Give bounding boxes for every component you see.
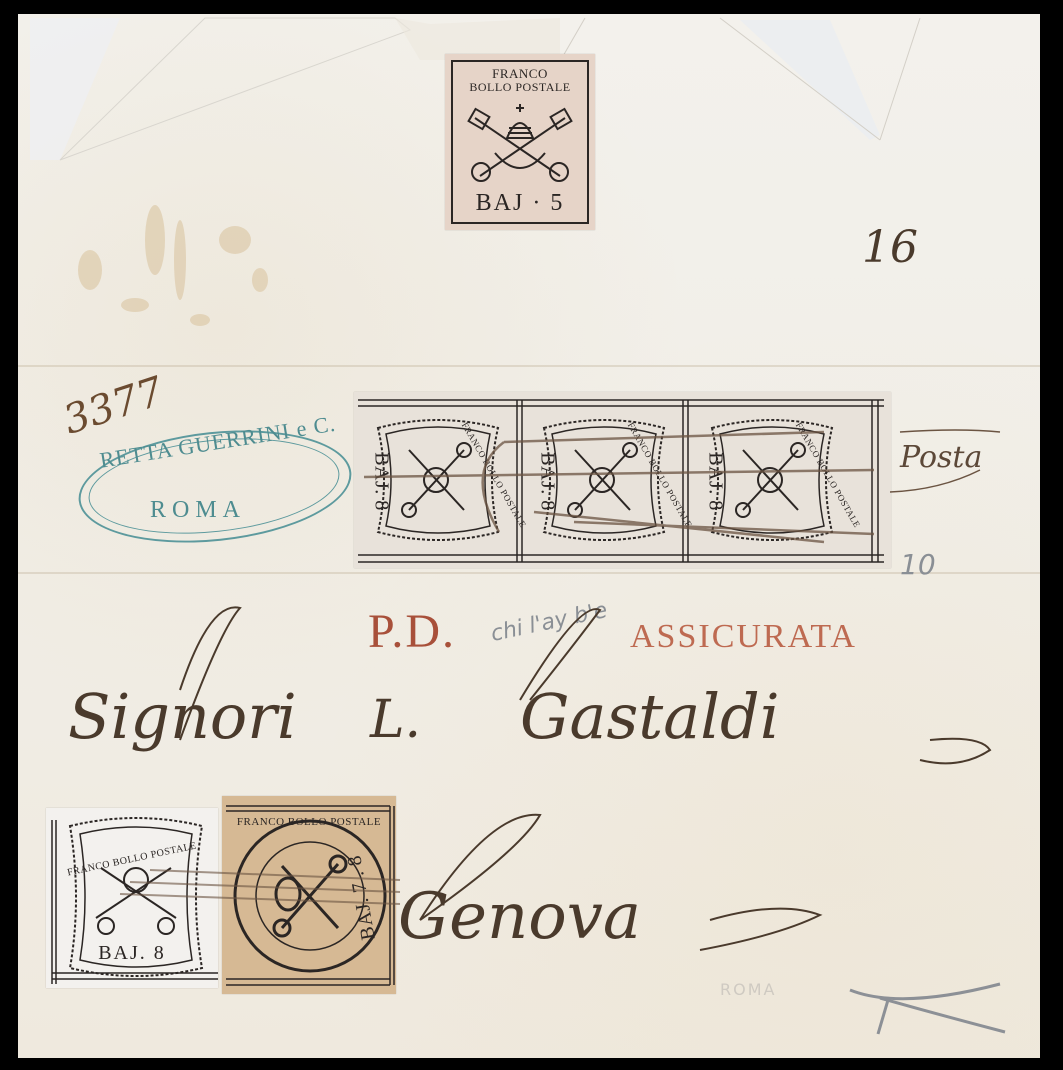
scroll-flourish (880, 420, 1060, 540)
stamp-top-line2: BOLLO POSTALE (445, 80, 595, 95)
fold-line-lower (18, 572, 1040, 574)
stamp-top-value: BAJ · 5 (445, 190, 595, 217)
stamp-circle-text: FRANCO BOLLO POSTALE (222, 816, 396, 828)
stamp-baj-5: FRANCO BOLLO POSTALE BAJ · 5 (445, 54, 595, 230)
papal-arms-icon (465, 98, 575, 190)
faint-roma-text: ROMA (720, 980, 776, 999)
stamp-single-value: BAJ. 8 (46, 942, 218, 965)
cachet-city: ROMA (150, 497, 246, 524)
bottom-grid-cancel (40, 860, 440, 920)
pencil-cross-mark (840, 980, 1020, 1040)
stamp-strip-baj-8: BAJ. 8 FRANCO BOLLO POSTALE BAJ. 8 FRANC… (354, 392, 891, 568)
fold-line-upper (18, 365, 1040, 367)
top-right-mark: 16 (862, 222, 918, 273)
faint-stain-marks (60, 200, 320, 340)
grid-cancel-lines (354, 392, 891, 568)
pencil-mark: 10 (900, 548, 936, 581)
